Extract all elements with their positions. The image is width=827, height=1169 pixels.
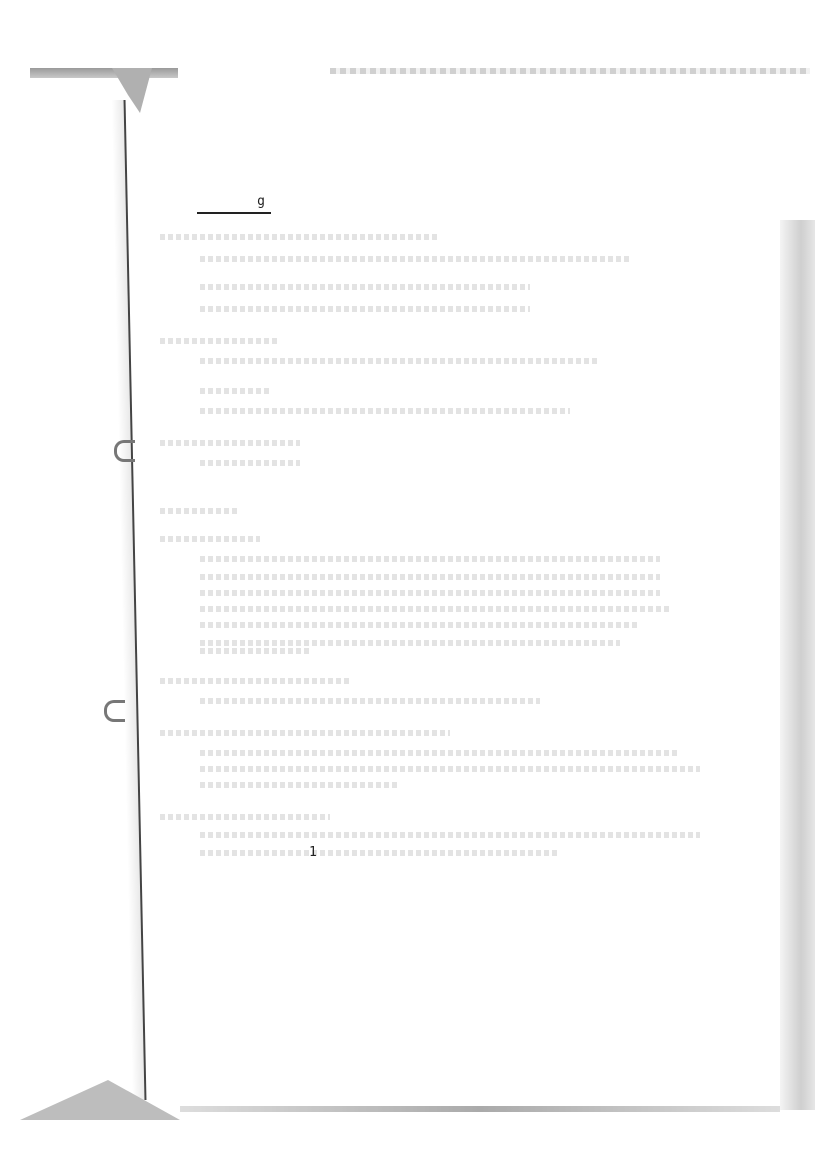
text-line	[200, 850, 560, 856]
binder-ring-icon	[104, 700, 125, 722]
text-line	[200, 782, 400, 788]
text-line	[160, 508, 240, 514]
section-heading: g	[197, 196, 271, 214]
text-line	[200, 832, 700, 838]
page-curl-bottom	[20, 1080, 180, 1120]
text-line	[160, 440, 300, 446]
text-line	[200, 622, 640, 628]
text-line	[200, 408, 570, 414]
binder-edge-top-right	[330, 68, 810, 74]
text-line	[200, 256, 630, 262]
text-line	[200, 556, 660, 562]
text-line	[200, 590, 660, 596]
text-line	[160, 730, 450, 736]
text-line	[160, 678, 350, 684]
page-edge-bottom	[180, 1106, 780, 1112]
binder-ring-icon	[114, 440, 135, 462]
text-line	[200, 750, 680, 756]
footnote-marker: 1	[309, 845, 317, 860]
text-line	[200, 766, 700, 772]
heading-fragment: g	[257, 194, 265, 209]
text-line	[160, 338, 280, 344]
text-line	[200, 698, 540, 704]
text-line	[200, 640, 620, 646]
binder-edge-top-left	[30, 68, 178, 78]
text-line	[200, 306, 530, 312]
text-line	[200, 648, 310, 654]
text-line	[160, 536, 260, 542]
text-line	[160, 814, 330, 820]
text-line	[160, 234, 440, 240]
text-line	[200, 460, 300, 466]
text-line	[200, 284, 530, 290]
text-line	[200, 358, 600, 364]
text-line	[200, 606, 670, 612]
text-line	[200, 574, 660, 580]
page-edge-right	[780, 220, 815, 1110]
text-line	[200, 388, 270, 394]
binder-spine	[94, 100, 147, 1100]
